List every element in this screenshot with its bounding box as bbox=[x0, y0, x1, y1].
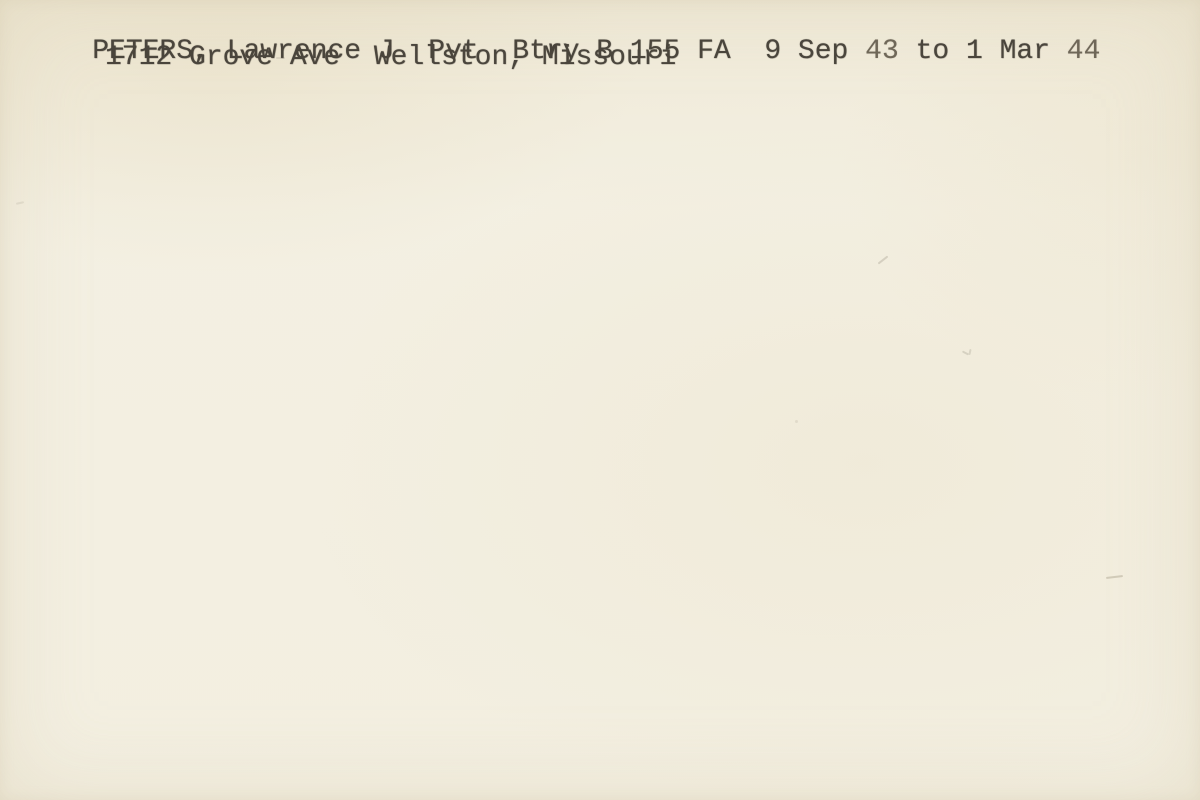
typed-line-address: 1712 Grove Ave Wellston, Missouri bbox=[105, 43, 676, 73]
paper-blemish-dash bbox=[276, 57, 285, 59]
scanned-index-card: PETERS, Lawrence J Pvt Btry B 155 FA 9 S… bbox=[0, 0, 1200, 800]
paper-blemish-dot bbox=[795, 420, 798, 423]
line1-year-43-text: 43 bbox=[865, 36, 899, 67]
line1-year-44-text: 44 bbox=[1067, 36, 1101, 67]
paper-blemish-fiber bbox=[1106, 575, 1123, 579]
paper-blemish-dash bbox=[16, 201, 24, 205]
paper-blemish-tick bbox=[878, 256, 889, 265]
line1-to-date-text: to 1 Mar bbox=[899, 36, 1067, 67]
paper-blemish-check bbox=[968, 349, 971, 355]
